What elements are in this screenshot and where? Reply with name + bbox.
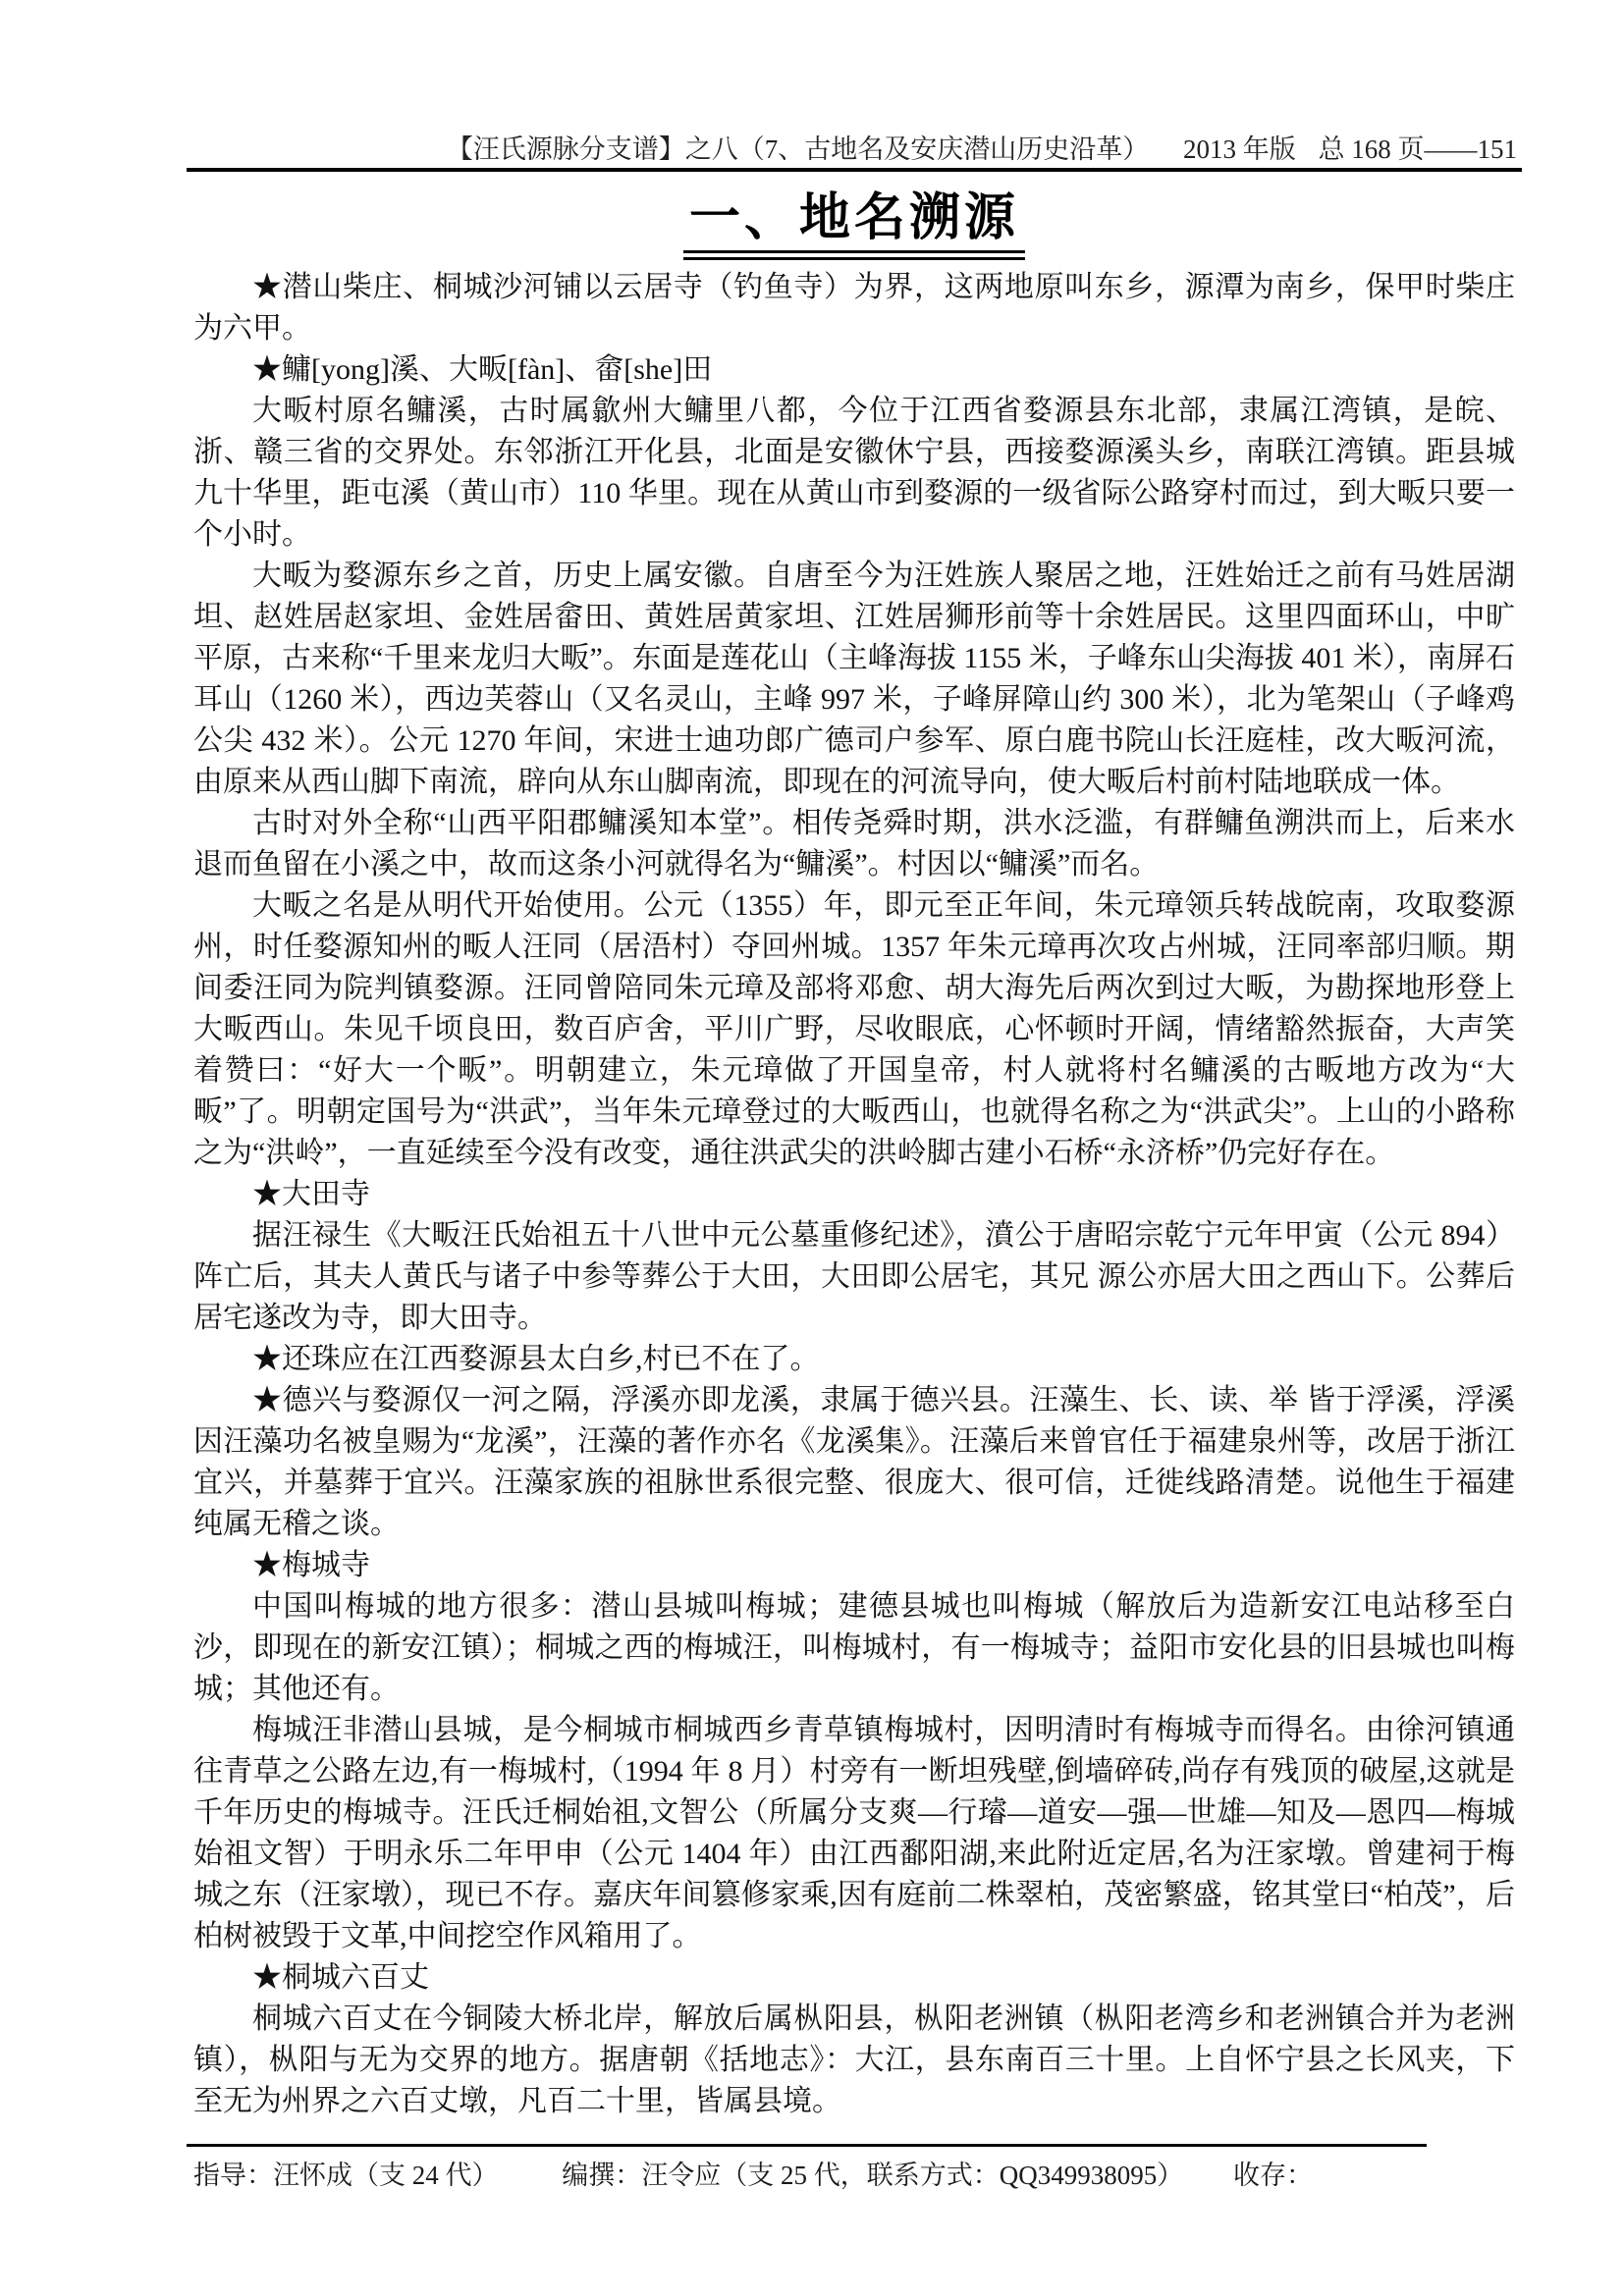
running-header: 【汪氏源脉分支谱】之八（7、古地名及安庆潜山历史沿革） 2013 年版 总 16… bbox=[193, 128, 1517, 166]
section-heading-liubaizhang: ★桐城六百丈 bbox=[193, 1957, 1515, 1999]
paragraph-datiansi: 据汪禄生《大畈汪氏始祖五十八世中元公墓重修纪述》，濆公于唐昭宗乾宁元年甲寅（公元… bbox=[193, 1215, 1515, 1339]
paragraph-liubaizhang: 桐城六百丈在今铜陵大桥北岸，解放后属枞阳县，枞阳老洲镇（枞阳老湾乡和老洲镇合并为… bbox=[193, 1999, 1515, 2122]
paragraph-meichengsi-detail: 梅城汪非潜山县城，是今桐城市桐城西乡青草镇梅城村，因明清时有梅城寺而得名。由徐河… bbox=[193, 1710, 1515, 1957]
page-footer: 指导：汪怀成（支 24 代） 编撰：汪令应（支 25 代，联系方式：QQ3499… bbox=[193, 2154, 1515, 2192]
footer-advisor: 指导：汪怀成（支 24 代） bbox=[193, 2161, 499, 2190]
document-page: 【汪氏源脉分支谱】之八（7、古地名及安庆潜山历史沿革） 2013 年版 总 16… bbox=[0, 0, 1624, 2296]
section-heading-datiansi: ★大田寺 bbox=[193, 1174, 1515, 1215]
paragraph-dexing-fuxi: ★德兴与婺源仅一河之隔，浮溪亦即龙溪，隶属于德兴县。汪藻生、长、读、举 皆于浮溪… bbox=[193, 1380, 1515, 1545]
paragraph-dafan-location: 大畈村原名鳙溪，古时属歙州大鳙里八都，今位于江西省婺源县东北部，隶属江湾镇，是皖… bbox=[193, 391, 1515, 556]
footer-keeper: 收存： bbox=[1233, 2161, 1313, 2190]
paragraph-yongxi-legend: 古时对外全称“山西平阳郡鳙溪知本堂”。相传尧舜时期，洪水泛滥，有群鳙鱼溯洪而上，… bbox=[193, 803, 1515, 885]
header-series-title: 【汪氏源脉分支谱】之八（7、古地名及安庆潜山历史沿革） bbox=[447, 128, 1150, 166]
paragraph-dafan-history: 大畈为婺源东乡之首，历史上属安徽。自唐至今为汪姓族人聚居之地，汪姓始迁之前有马姓… bbox=[193, 556, 1515, 803]
paragraph-dafan-name-origin: 大畈之名是从明代开始使用。公元（1355）年，即元至正年间，朱元璋领兵转战皖南，… bbox=[193, 885, 1515, 1174]
header-page-number: 总 168 页——151 bbox=[1319, 128, 1518, 166]
section-heading-meichengsi: ★梅城寺 bbox=[193, 1545, 1515, 1586]
header-divider-line bbox=[187, 168, 1522, 172]
footer-divider-line bbox=[187, 2144, 1427, 2147]
page-title: 一、地名溯源 bbox=[683, 190, 1025, 260]
title-container: 一、地名溯源 bbox=[193, 190, 1515, 260]
paragraph-meicheng-places: 中国叫梅城的地方很多：潜山县城叫梅城；建德县城也叫梅城（解放后为造新安江电站移至… bbox=[193, 1586, 1515, 1710]
paragraph-intro-chaizhuang: ★潜山柴庄、桐城沙河铺以云居寺（钓鱼寺）为界，这两地原叫东乡，源潭为南乡，保甲时… bbox=[193, 267, 1515, 349]
header-edition: 2013 年版 bbox=[1183, 128, 1296, 166]
section-heading-yongxi: ★鳙[yong]溪、大畈[fàn]、畲[she]田 bbox=[193, 349, 1515, 391]
paragraph-huanzhu: ★还珠应在江西婺源县太白乡,村已不在了。 bbox=[193, 1339, 1515, 1380]
body-text: ★潜山柴庄、桐城沙河铺以云居寺（钓鱼寺）为界，这两地原叫东乡，源潭为南乡，保甲时… bbox=[193, 267, 1515, 2122]
footer-editor: 编撰：汪令应（支 25 代，联系方式：QQ349938095） bbox=[562, 2161, 1183, 2190]
